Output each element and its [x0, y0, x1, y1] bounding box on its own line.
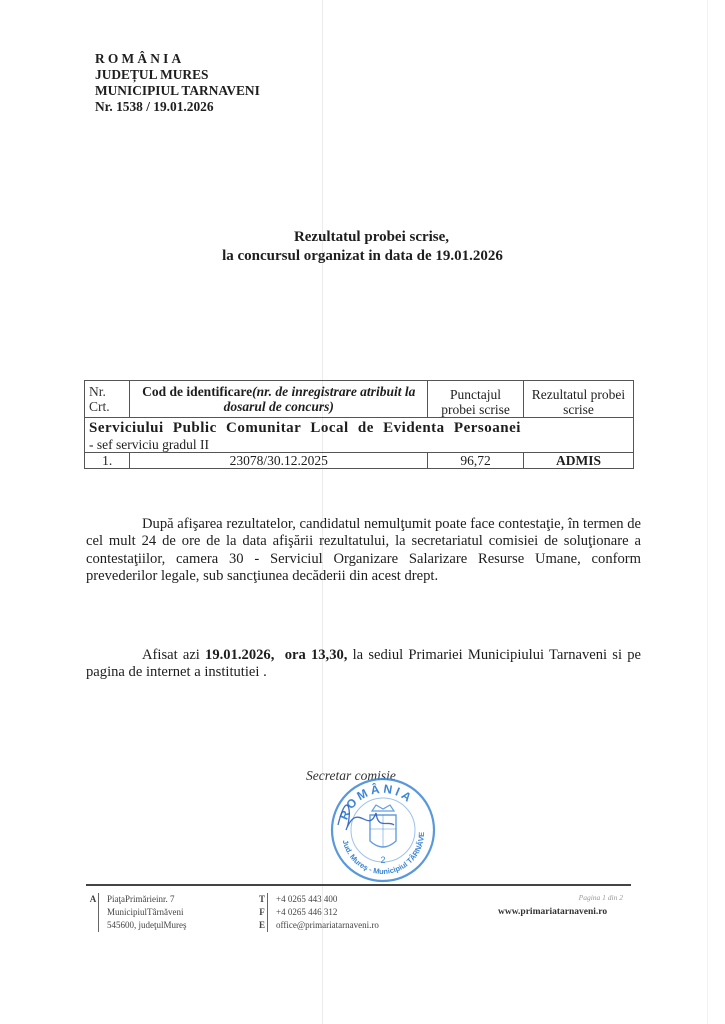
official-stamp-icon: ROMÂNIA Jud. Mureş - Municipiul TÂRNĂVEN… [328, 775, 438, 885]
row-rezultat: ADMIS [523, 453, 633, 469]
document-header: ROMÂNIA JUDEȚUL MURES MUNICIPIUL TARNAVE… [95, 51, 260, 115]
scan-edge-line [707, 0, 708, 1024]
document-title: Rezultatul probei scrise, la concursul o… [0, 228, 725, 266]
section-cell: Serviciului Public Comunitar Local de Ev… [85, 418, 634, 453]
section-row: Serviciului Public Comunitar Local de Ev… [85, 418, 634, 453]
header-municipality: MUNICIPIUL TARNAVENI [95, 83, 260, 99]
table-row: 1. 23078/30.12.2025 96,72 ADMIS [85, 453, 634, 469]
header-cod: Cod de identificare(nr. de inregistrare … [130, 381, 428, 418]
page-number: Pagina 1 din 2 [579, 893, 623, 902]
posting-prefix: Afisat azi [142, 647, 205, 663]
footer-divider [86, 884, 631, 886]
address-line-1: PiaţaPrimărieinr. 7 [107, 893, 187, 906]
address-line-3: 545600, judeţulMureş [107, 919, 187, 932]
row-cod: 23078/30.12.2025 [130, 453, 428, 469]
footer-contacts: T+4 0265 443 400 F+4 0265 446 312 Eoffic… [257, 893, 379, 932]
website-link[interactable]: www.primariatarnaveni.ro [498, 907, 607, 917]
paragraph1-text: După afişarea rezultatelor, candidatul n… [86, 516, 641, 584]
header-country: ROMÂNIA [95, 51, 260, 67]
contestation-paragraph: După afişarea rezultatelor, candidatul n… [86, 516, 641, 585]
header-punctaj: Punctajul probei scrise [428, 381, 524, 418]
svg-text:2: 2 [380, 855, 385, 865]
contact-phone: T+4 0265 443 400 [257, 893, 379, 906]
address-letter: A [88, 893, 99, 932]
row-punctaj: 96,72 [428, 453, 524, 469]
posting-time: ora 13,30, [285, 647, 348, 663]
header-rezultat: Rezultatul probei scrise [523, 381, 633, 418]
header-cod-bold: Cod de identificare [142, 384, 252, 399]
posting-paragraph: Afisat azi 19.01.2026, ora 13,30, la sed… [86, 647, 641, 682]
address-line-2: MunicipiulTârnăveni [107, 906, 187, 919]
section-title: Serviciului Public Comunitar Local de Ev… [89, 420, 629, 437]
contact-email[interactable]: Eoffice@primariatarnaveni.ro [257, 919, 379, 932]
header-county: JUDEȚUL MURES [95, 67, 260, 83]
row-nr: 1. [85, 453, 130, 469]
section-subtitle: - sef serviciu gradul II [89, 437, 629, 452]
footer-address: A PiaţaPrimărieinr. 7 MunicipiulTârnăven… [88, 893, 187, 932]
scan-fold-line [322, 0, 323, 1024]
header-reg-number: Nr. 1538 / 19.01.2026 [95, 99, 260, 115]
title-line-1: Rezultatul probei scrise, [0, 228, 725, 247]
results-table: Nr. Crt. Cod de identificare(nr. de inre… [84, 380, 634, 469]
contact-fax: F+4 0265 446 312 [257, 906, 379, 919]
table-header-row: Nr. Crt. Cod de identificare(nr. de inre… [85, 381, 634, 418]
posting-date: 19.01.2026, [205, 647, 274, 663]
title-line-2: la concursul organizat in data de 19.01.… [0, 247, 725, 266]
header-cod-italic: (nr. de inregistrare atribuit la dosarul… [224, 384, 416, 414]
header-nr: Nr. Crt. [85, 381, 130, 418]
